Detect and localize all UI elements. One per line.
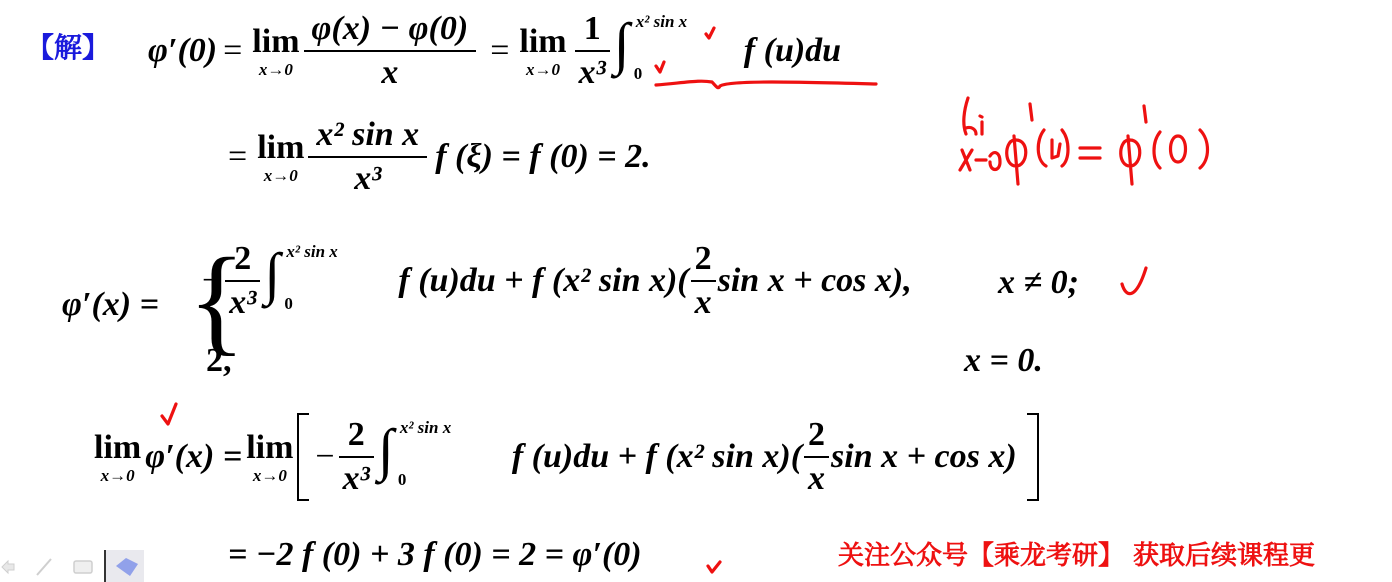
- check-mark-icon: [162, 404, 176, 424]
- handwritten-note: [960, 98, 1208, 184]
- check-mark-icon: [1122, 268, 1146, 294]
- menu-icon[interactable]: [104, 550, 144, 582]
- underline-annotation: [656, 81, 876, 87]
- check-mark-icon: [656, 62, 664, 72]
- arrow-back-icon[interactable]: [0, 558, 16, 576]
- handwriting-layer: [0, 0, 1392, 582]
- check-mark-icon: [708, 562, 720, 572]
- presentation-toolbar: [0, 548, 150, 582]
- pen-icon[interactable]: [34, 556, 54, 578]
- check-mark-icon: [706, 28, 714, 38]
- eraser-icon[interactable]: [72, 558, 94, 576]
